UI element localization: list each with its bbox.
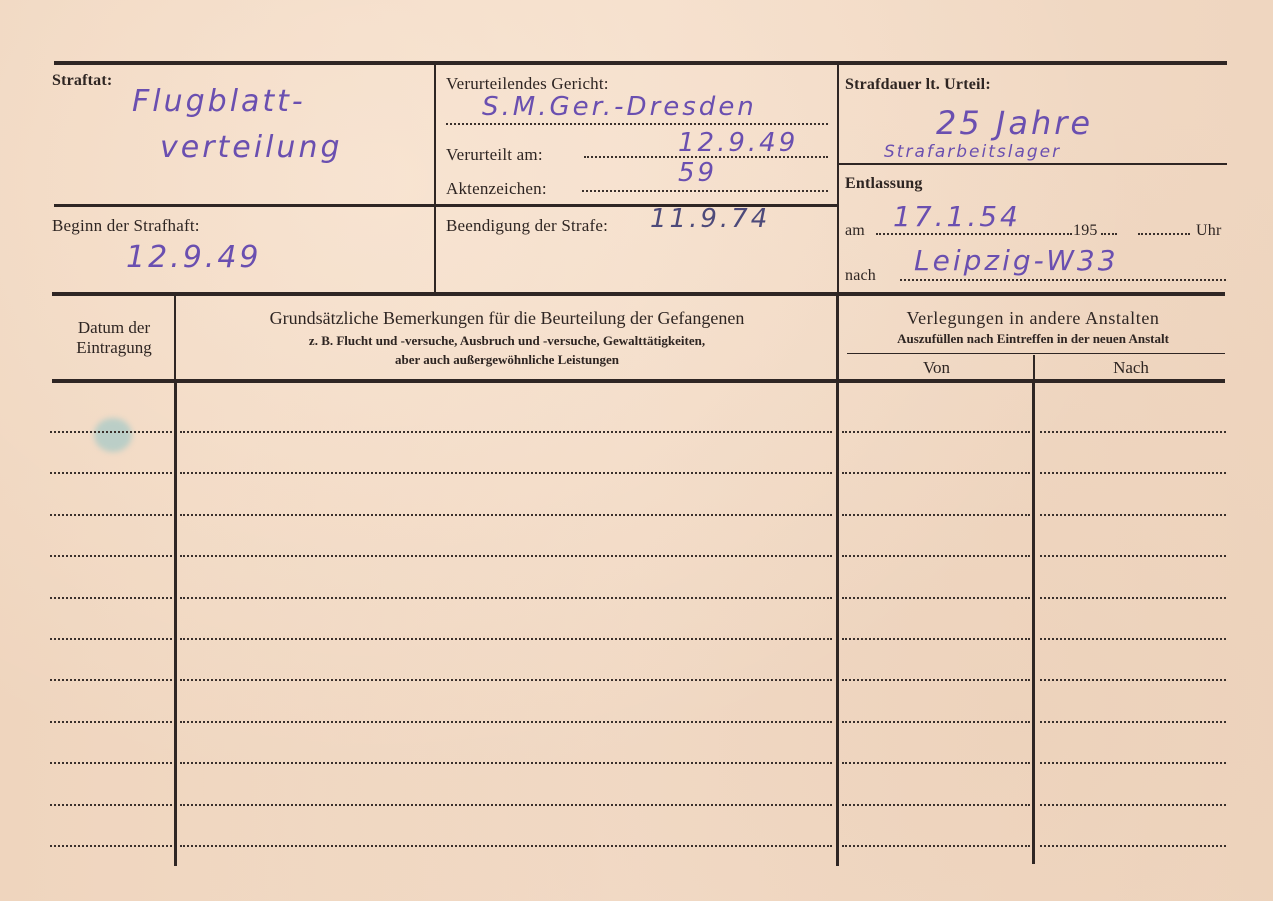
entlassung-uhr-label: Uhr: [1196, 222, 1221, 240]
beginn-value: 12.9.49: [126, 240, 262, 275]
ink-stain: [94, 418, 132, 452]
entry-line-bemerkungen[interactable]: [180, 514, 832, 516]
entlassung-uhr-line: [1138, 233, 1190, 235]
entry-line-von[interactable]: [842, 804, 1030, 806]
gericht-label: Verurteilendes Gericht:: [446, 74, 609, 94]
col-verlegungen-sub: Auszufüllen nach Eintreffen in der neuen…: [839, 331, 1227, 347]
entlassung-year-line: [1101, 233, 1117, 235]
entlassung-nach-line: [900, 279, 1226, 281]
entry-line-datum[interactable]: [50, 721, 172, 723]
entry-line-von[interactable]: [842, 638, 1030, 640]
entry-line-von[interactable]: [842, 597, 1030, 599]
entry-line-datum[interactable]: [50, 762, 172, 764]
col-verlegungen-header: Verlegungen in andere Anstalten Auszufül…: [839, 308, 1227, 347]
table-top-rule: [52, 292, 1225, 296]
straftat-value-line1: Flugblatt-: [132, 84, 306, 119]
entry-line-nach[interactable]: [1040, 514, 1226, 516]
entry-line-bemerkungen[interactable]: [180, 762, 832, 764]
col-von-header: Von: [839, 358, 1034, 378]
col-bemerkungen-sub1: z. B. Flucht und -versuche, Ausbruch und…: [178, 333, 836, 349]
strafdauer-value-line1: 25 Jahre: [936, 104, 1093, 142]
entry-line-datum[interactable]: [50, 431, 172, 433]
entry-line-nach[interactable]: [1040, 721, 1226, 723]
entry-line-datum[interactable]: [50, 804, 172, 806]
col-datum-header: Datum der Eintragung: [54, 318, 174, 358]
entry-line-nach[interactable]: [1040, 679, 1226, 681]
col-datum-line1: Datum der: [54, 318, 174, 338]
strafdauer-value-line2: Strafarbeitslager: [884, 142, 1061, 162]
entry-line-datum[interactable]: [50, 555, 172, 557]
entry-line-nach[interactable]: [1040, 472, 1226, 474]
entry-line-von[interactable]: [842, 431, 1030, 433]
straftat-value-line2: verteilung: [160, 130, 343, 165]
col-divider-3: [1032, 383, 1035, 864]
entry-line-nach[interactable]: [1040, 597, 1226, 599]
table-header-rule: [52, 379, 1225, 383]
entry-line-nach[interactable]: [1040, 762, 1226, 764]
col-bemerkungen-header: Grundsätzliche Bemerkungen für die Beurt…: [178, 308, 836, 368]
top-rule: [54, 61, 1227, 65]
entlassung-am-line: [876, 233, 1072, 235]
beginn-label: Beginn der Strafhaft:: [52, 216, 200, 236]
entry-line-bemerkungen[interactable]: [180, 804, 832, 806]
entry-line-bemerkungen[interactable]: [180, 472, 832, 474]
entlassung-year-prefix: 195: [1073, 222, 1098, 240]
gericht-value: S.M.Ger.-Dresden: [482, 92, 757, 122]
col-divider-2: [836, 296, 839, 866]
entry-line-nach[interactable]: [1040, 555, 1226, 557]
verlegungen-sub-rule: [847, 353, 1225, 354]
entry-line-datum[interactable]: [50, 679, 172, 681]
col-bemerkungen-title: Grundsätzliche Bemerkungen für die Beurt…: [178, 308, 836, 329]
entry-line-nach[interactable]: [1040, 431, 1226, 433]
entry-line-von[interactable]: [842, 555, 1030, 557]
entry-line-bemerkungen[interactable]: [180, 721, 832, 723]
verurteilt-value: 12.9.49: [678, 128, 798, 158]
entry-line-von[interactable]: [842, 762, 1030, 764]
col-divider-3-header: [1033, 355, 1035, 380]
entry-line-nach[interactable]: [1040, 638, 1226, 640]
entry-line-bemerkungen[interactable]: [180, 845, 832, 847]
entry-line-bemerkungen[interactable]: [180, 679, 832, 681]
aktenzeichen-line: [582, 190, 828, 192]
col-divider-1: [174, 383, 177, 866]
col-verlegungen-title: Verlegungen in andere Anstalten: [839, 308, 1227, 329]
col-datum-line2: Eintragung: [54, 338, 174, 358]
entry-line-von[interactable]: [842, 845, 1030, 847]
aktenzeichen-label: Aktenzeichen:: [446, 179, 547, 199]
straftat-label: Straftat:: [52, 72, 112, 90]
entlassung-am-label: am: [845, 222, 865, 240]
entry-line-von[interactable]: [842, 679, 1030, 681]
col-bemerkungen-sub2: aber auch außergewöhnliche Leistungen: [178, 352, 836, 368]
entry-line-von[interactable]: [842, 721, 1030, 723]
divider-upper-left: [434, 64, 436, 292]
verurteilt-label: Verurteilt am:: [446, 145, 543, 165]
entry-line-datum[interactable]: [50, 472, 172, 474]
entry-line-bemerkungen[interactable]: [180, 638, 832, 640]
entlassung-am-value: 17.1.54: [893, 200, 1021, 233]
strafdauer-rule: [839, 163, 1227, 165]
entry-line-bemerkungen[interactable]: [180, 431, 832, 433]
gericht-line: [446, 123, 828, 125]
aktenzeichen-value: 59: [678, 158, 717, 188]
entlassung-nach-value: Leipzig-W33: [914, 244, 1119, 277]
entry-line-von[interactable]: [842, 472, 1030, 474]
entlassung-nach-label: nach: [845, 267, 876, 285]
entry-line-datum[interactable]: [50, 638, 172, 640]
entry-line-bemerkungen[interactable]: [180, 597, 832, 599]
beendigung-value: 11.9.74: [650, 204, 770, 234]
entry-line-von[interactable]: [842, 514, 1030, 516]
entry-line-nach[interactable]: [1040, 845, 1226, 847]
entry-line-nach[interactable]: [1040, 804, 1226, 806]
entlassung-label: Entlassung: [845, 175, 923, 193]
strafdauer-label: Strafdauer lt. Urteil:: [845, 76, 991, 94]
entry-line-datum[interactable]: [50, 514, 172, 516]
entry-line-datum[interactable]: [50, 597, 172, 599]
beendigung-label: Beendigung der Strafe:: [446, 216, 608, 236]
entry-line-datum[interactable]: [50, 845, 172, 847]
divider-upper-right: [837, 64, 839, 296]
entry-line-bemerkungen[interactable]: [180, 555, 832, 557]
col-nach-header: Nach: [1035, 358, 1227, 378]
col-divider-1-header: [174, 296, 176, 380]
